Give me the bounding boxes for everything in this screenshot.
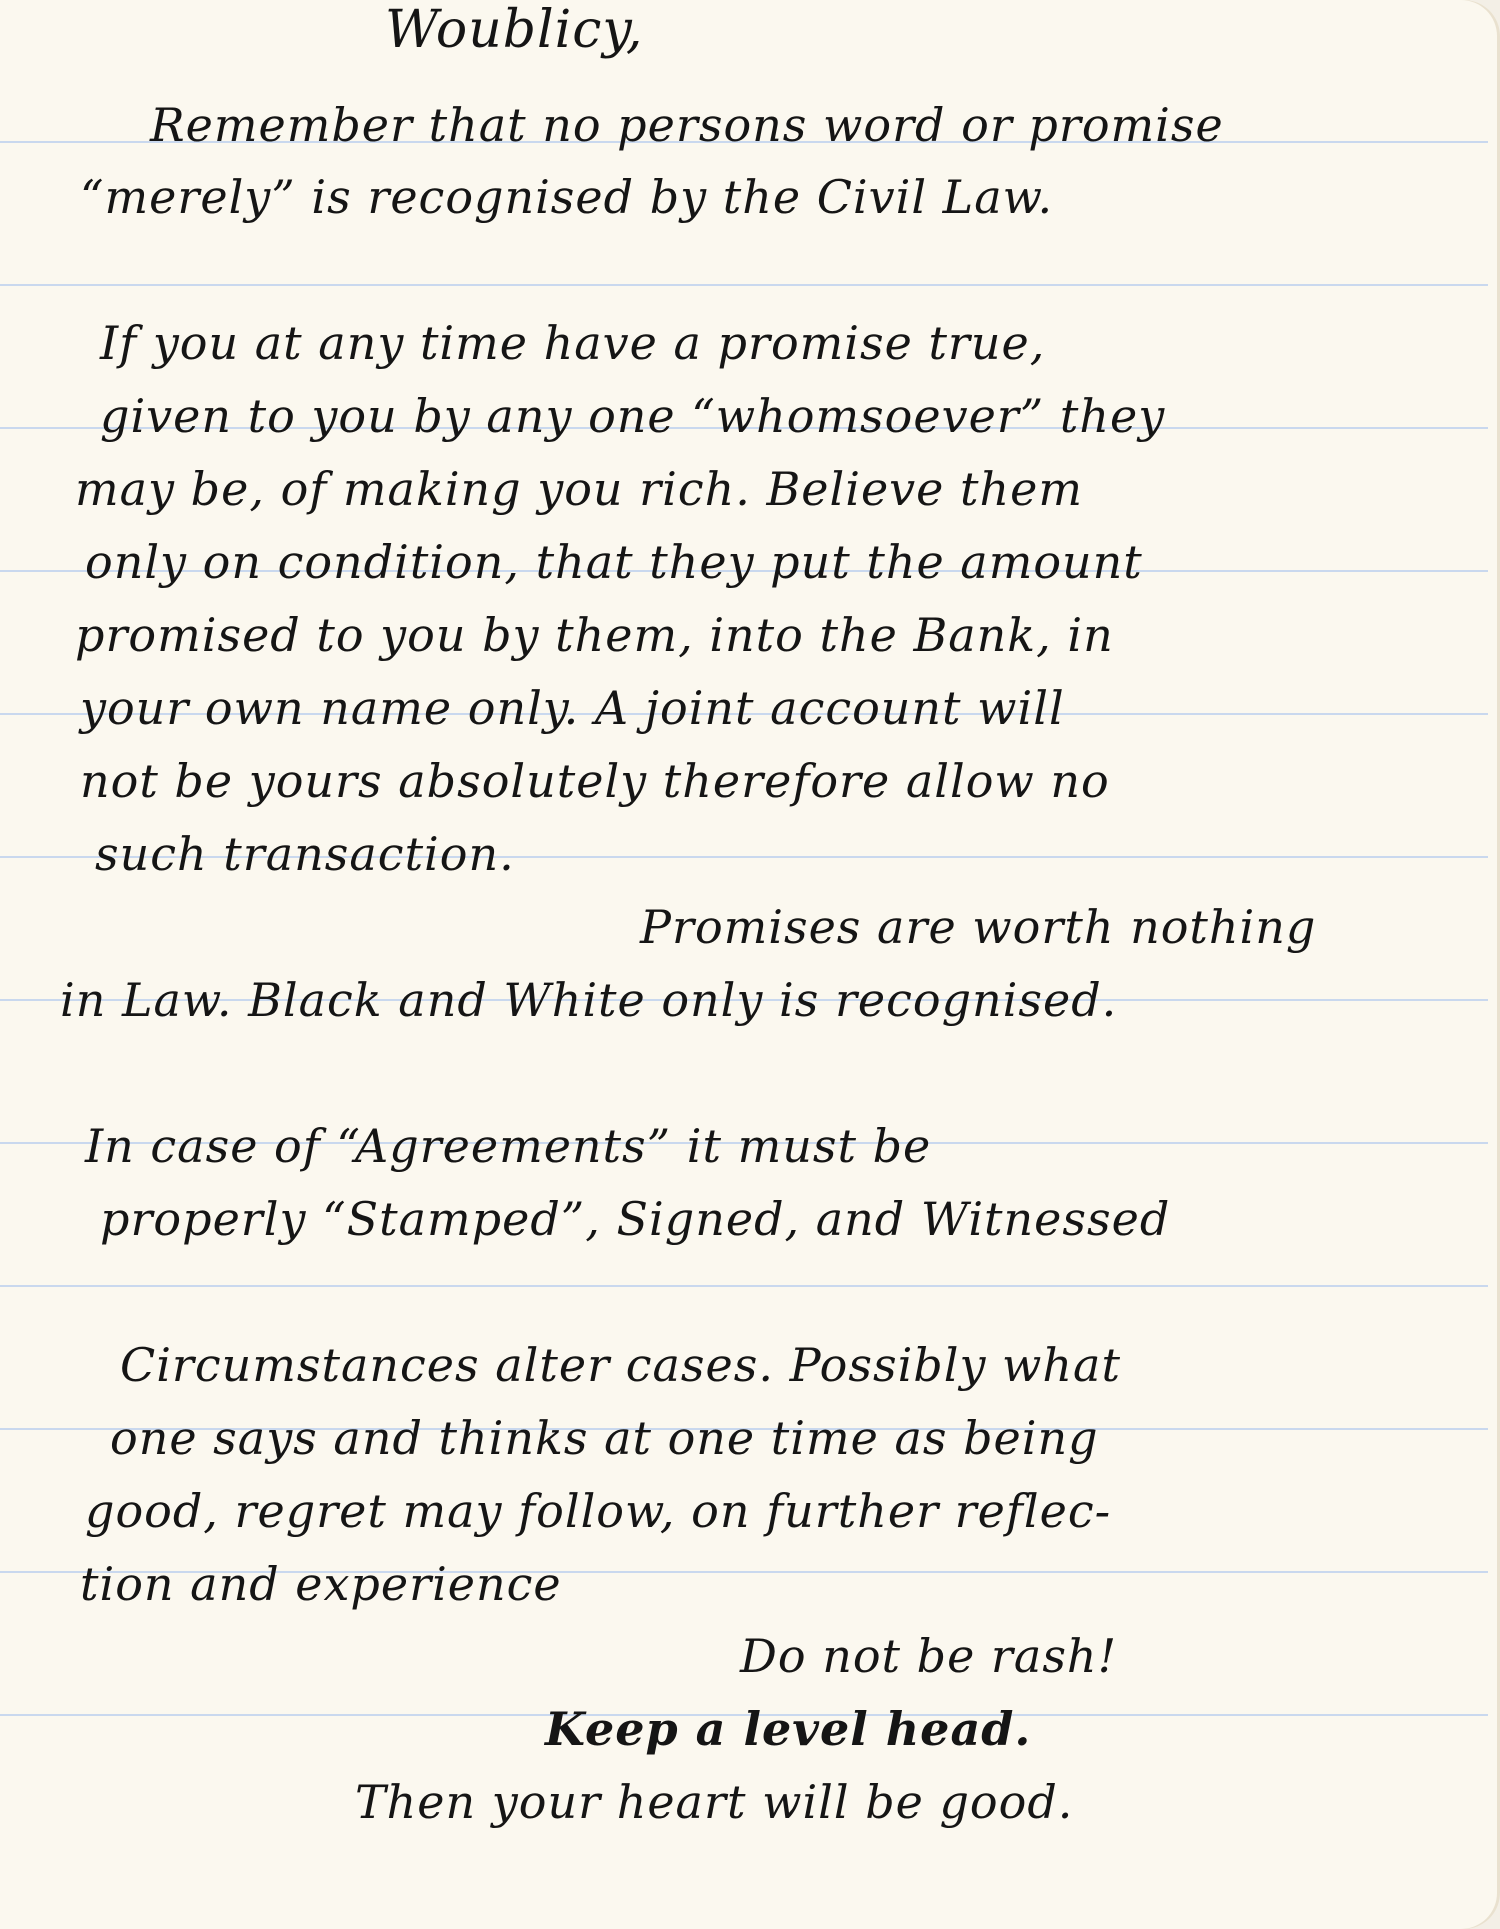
- text-line: properly “Stamped”, Signed, and Witnesse…: [100, 1196, 1170, 1242]
- text-line: Remember that no persons word or promise: [150, 102, 1224, 148]
- text-line: In case of “Agreements” it must be: [85, 1123, 931, 1169]
- text-line: good, regret may follow, on further refl…: [85, 1488, 1111, 1534]
- text-line: one says and thinks at one time as being: [110, 1415, 1099, 1461]
- text-line: Promises are worth nothing: [640, 904, 1316, 950]
- text-line: in Law. Black and White only is recognis…: [60, 977, 1117, 1023]
- text-line: Then your heart will be good.: [355, 1779, 1073, 1825]
- text-line: your own name only. A joint account will: [80, 685, 1065, 731]
- text-line: tion and experience: [80, 1561, 562, 1607]
- text-line: such transaction.: [95, 831, 515, 877]
- text-line: not be yours absolutely therefore allow …: [80, 758, 1110, 804]
- page-title: Woublicy,: [385, 4, 643, 56]
- text-line: “merely” is recognised by the Civil Law.: [80, 174, 1053, 220]
- text-line: Circumstances alter cases. Possibly what: [120, 1342, 1121, 1388]
- notebook-page: Woublicy, Remember that no persons word …: [0, 0, 1500, 1929]
- text-line: only on condition, that they put the amo…: [85, 539, 1143, 585]
- text-line: may be, of making you rich. Believe them: [75, 466, 1083, 512]
- text-line: Do not be rash!: [740, 1633, 1117, 1679]
- text-line: If you at any time have a promise true,: [100, 320, 1045, 366]
- text-line: promised to you by them, into the Bank, …: [75, 612, 1114, 658]
- text-line: given to you by any one “whomsoever” the…: [100, 393, 1165, 439]
- text-line: Keep a level head.: [545, 1706, 1031, 1752]
